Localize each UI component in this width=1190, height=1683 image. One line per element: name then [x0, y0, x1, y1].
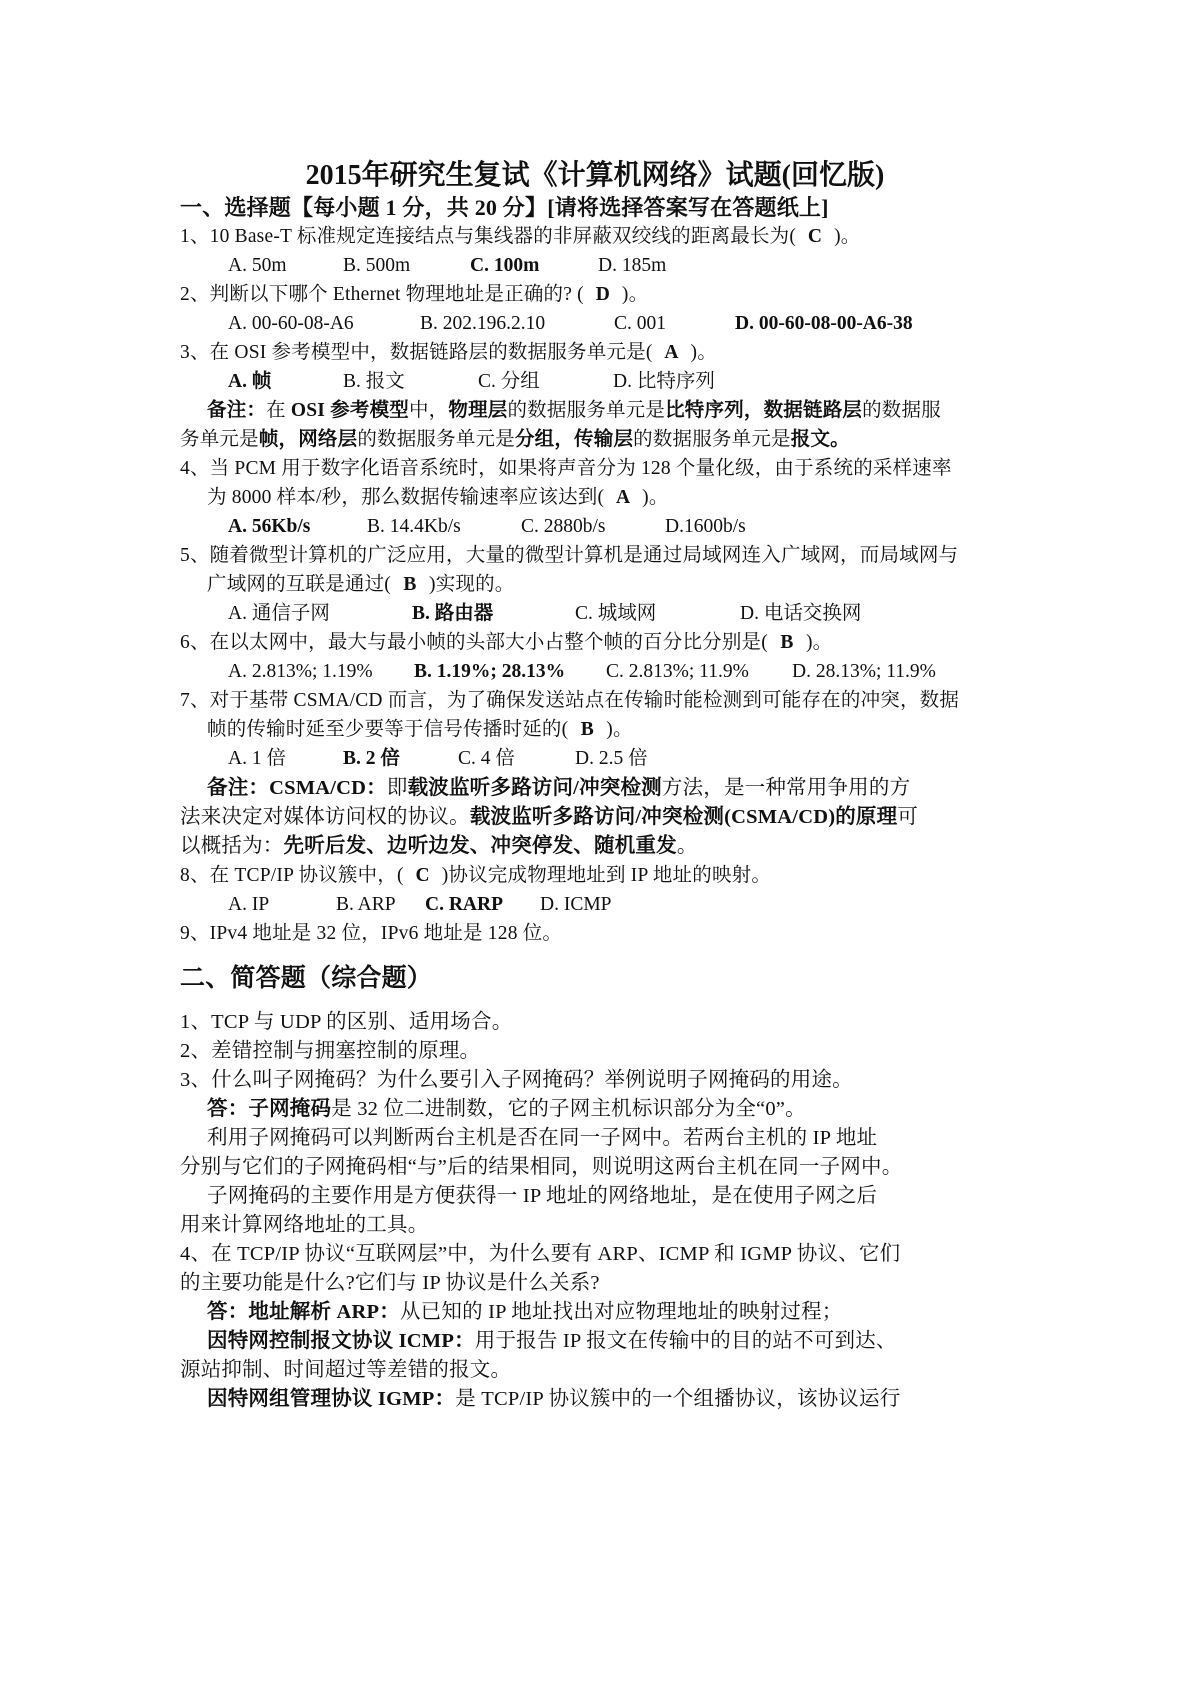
- question-7-cont: 帧的传输时延至少要等于信号传播时延的(B)。: [207, 716, 633, 744]
- option-a: A. 2.813%; 1.19%: [228, 658, 373, 686]
- answer-4-line4: 因特网组管理协议 IGMP：是 TCP/IP 协议簇中的一个组播协议，该协议运行: [207, 1385, 900, 1413]
- option-d: D. 电话交换网: [740, 600, 861, 628]
- question-3: 3、在 OSI 参考模型中，数据链路层的数据服务单元是(A)。: [180, 339, 717, 367]
- question-stem: 8、在 TCP/IP 协议簇中，(: [180, 865, 404, 886]
- note-text: 的数据服务单元是: [357, 429, 515, 450]
- note-emphasis: 先听后发、边听边发、冲突停发、随机重发: [284, 835, 677, 857]
- question-1: 1、10 Base-T 标准规定连接结点与集线器的非屏蔽双绞线的距离最长为(C)…: [180, 223, 860, 251]
- option-d: D.1600b/s: [665, 513, 746, 541]
- option-b: B. 报文: [343, 368, 405, 396]
- answer-text: 从已知的 IP 地址找出对应物理地址的映射过程；: [400, 1301, 843, 1323]
- note-text: 即: [387, 777, 408, 799]
- answer-mark: A: [653, 339, 691, 367]
- option-b: B. 202.196.2.10: [420, 310, 545, 338]
- option-a-correct: A. 56Kb/s: [228, 513, 310, 541]
- question-tail: )。: [622, 284, 648, 305]
- question-tail: )。: [834, 226, 860, 247]
- question-5-cont: 广域网的互联是通过(B)实现的。: [207, 571, 515, 599]
- answer-4-line2: 因特网控制报文协议 ICMP：用于报告 IP 报文在传输中的目的站不可到达、: [207, 1327, 897, 1355]
- answer-label: 答：地址解析 ARP：: [207, 1301, 400, 1323]
- option-a: A. 通信子网: [228, 600, 330, 628]
- note-text: 。: [677, 835, 698, 857]
- option-c: C. 4 倍: [458, 745, 515, 773]
- answer-label: 因特网控制报文协议 ICMP：: [207, 1330, 475, 1352]
- answer-mark: C: [796, 223, 834, 251]
- answer-label: 因特网组管理协议 IGMP：: [207, 1388, 455, 1410]
- note-text: 的数据服: [862, 400, 941, 421]
- note-text: 可: [897, 806, 918, 828]
- note-emphasis: 比特序列，数据链路层: [665, 400, 862, 421]
- question-stem: 为 8000 样本/秒，那么数据传输速率应该达到(: [207, 487, 604, 508]
- note-emphasis: 物理层: [448, 400, 507, 421]
- note-emphasis: 帧，网络层: [259, 429, 358, 450]
- option-a: A. 50m: [228, 252, 287, 280]
- short-question-1: 1、TCP 与 UDP 的区别、适用场合。: [180, 1008, 512, 1036]
- note-q7-line2: 法来决定对媒体访问权的协议。载波监听多路访问/冲突检测(CSMA/CD)的原理可: [180, 803, 918, 831]
- short-question-3: 3、什么叫子网掩码？为什么要引入子网掩码？举例说明子网掩码的用途。: [180, 1066, 853, 1094]
- note-emphasis: 载波监听多路访问/冲突检测(CSMA/CD)的原理: [470, 806, 898, 828]
- question-stem: 2、判断以下哪个 Ethernet 物理地址是正确的? (: [180, 284, 584, 305]
- short-question-4-cont: 的主要功能是什么?它们与 IP 协议是什么关系?: [180, 1269, 600, 1297]
- question-tail: )。: [642, 487, 668, 508]
- note-text: 法来决定对媒体访问权的协议。: [180, 806, 470, 828]
- note-q7-line1: 备注：CSMA/CD：即载波监听多路访问/冲突检测方法，是一种常用争用的方: [207, 774, 910, 802]
- option-b-correct: B. 1.19%; 28.13%: [414, 658, 565, 686]
- short-question-4: 4、在 TCP/IP 协议“互联网层”中，为什么要有 ARP、ICMP 和 IG…: [180, 1240, 900, 1268]
- option-d: D. ICMP: [540, 891, 612, 919]
- note-emphasis: 报文。: [791, 429, 850, 450]
- option-c-correct: C. RARP: [425, 891, 503, 919]
- question-tail: )协议完成物理地址到 IP 地址的映射。: [442, 865, 771, 886]
- option-c: C. 2880b/s: [521, 513, 606, 541]
- note-text: 的数据服务单元是: [633, 429, 791, 450]
- question-9: 9、IPv4 地址是 32 位，IPv6 地址是 128 位。: [180, 920, 562, 948]
- option-b: B. ARP: [336, 891, 396, 919]
- answer-mark: C: [404, 862, 442, 890]
- question-4-cont: 为 8000 样本/秒，那么数据传输速率应该达到(A)。: [207, 484, 669, 512]
- question-8: 8、在 TCP/IP 协议簇中，(C)协议完成物理地址到 IP 地址的映射。: [180, 862, 771, 890]
- page-title: 2015年研究生复试《计算机网络》试题(回忆版): [0, 158, 1190, 194]
- short-question-2: 2、差错控制与拥塞控制的原理。: [180, 1037, 480, 1065]
- option-a: A. IP: [228, 891, 269, 919]
- option-c-correct: C. 100m: [470, 252, 539, 280]
- answer-4-line1: 答：地址解析 ARP：从已知的 IP 地址找出对应物理地址的映射过程；: [207, 1298, 843, 1326]
- question-2: 2、判断以下哪个 Ethernet 物理地址是正确的? (D)。: [180, 281, 648, 309]
- question-4: 4、当 PCM 用于数字化语音系统时，如果将声音分为 128 个量化级，由于系统…: [180, 455, 952, 483]
- question-stem: 广域网的互联是通过(: [207, 574, 391, 595]
- note-label: 备注：CSMA/CD：: [207, 777, 387, 799]
- answer-mark: A: [604, 484, 642, 512]
- section-heading-short-answer: 二、简答题（综合题）: [180, 962, 432, 996]
- note-emphasis: 分组，传输层: [515, 429, 633, 450]
- note-text: 在: [266, 400, 291, 421]
- note-emphasis: OSI 参考模型: [291, 400, 409, 421]
- question-tail: )实现的。: [429, 574, 515, 595]
- question-stem: 1、10 Base-T 标准规定连接结点与集线器的非屏蔽双绞线的距离最长为(: [180, 226, 796, 247]
- note-label: 备注：: [207, 400, 266, 421]
- answer-label: 答：子网掩码: [207, 1098, 331, 1120]
- answer-3-line5: 用来计算网络地址的工具。: [180, 1211, 428, 1239]
- note-q3-line1: 备注：在 OSI 参考模型中，物理层的数据服务单元是比特序列，数据链路层的数据服: [207, 397, 941, 425]
- section-heading-choice: 一、选择题【每小题 1 分，共 20 分】[请将选择答案写在答题纸上]: [180, 194, 829, 222]
- answer-4-line3: 源站抑制、时间超过等差错的报文。: [180, 1356, 511, 1384]
- option-d: D. 2.5 倍: [575, 745, 648, 773]
- note-text: 务单元是: [180, 429, 259, 450]
- option-d-correct: D. 00-60-08-00-A6-38: [735, 310, 913, 338]
- document-page: 2015年研究生复试《计算机网络》试题(回忆版) 一、选择题【每小题 1 分，共…: [0, 0, 1190, 1683]
- answer-text: 用于报告 IP 报文在传输中的目的站不可到达、: [475, 1330, 897, 1352]
- option-d: D. 比特序列: [613, 368, 715, 396]
- question-tail: )。: [691, 342, 717, 363]
- option-c: C. 2.813%; 11.9%: [606, 658, 749, 686]
- question-tail: )。: [606, 719, 632, 740]
- option-a: A. 00-60-08-A6: [228, 310, 354, 338]
- question-stem: 3、在 OSI 参考模型中，数据链路层的数据服务单元是(: [180, 342, 653, 363]
- question-tail: )。: [806, 632, 832, 653]
- option-a: A. 1 倍: [228, 745, 286, 773]
- note-emphasis: 载波监听多路访问/冲突检测: [408, 777, 662, 799]
- question-5: 5、随着微型计算机的广泛应用，大量的微型计算机是通过局域网连入广域网，而局域网与: [180, 542, 958, 570]
- answer-text: 是 TCP/IP 协议簇中的一个组播协议，该协议运行: [455, 1388, 900, 1410]
- note-q7-line3: 以概括为：先听后发、边听边发、冲突停发、随机重发。: [180, 832, 698, 860]
- option-b-correct: B. 2 倍: [343, 745, 400, 773]
- answer-text: 是 32 位二进制数，它的子网主机标识部分为全“0”。: [331, 1098, 806, 1120]
- question-stem: 帧的传输时延至少要等于信号传播时延的(: [207, 719, 568, 740]
- answer-mark: D: [584, 281, 622, 309]
- answer-3-line3: 分别与它们的子网掩码相“与”后的结果相同，则说明这两台主机在同一子网中。: [180, 1153, 902, 1181]
- answer-3-line4: 子网掩码的主要作用是方便获得一 IP 地址的网络地址，是在使用子网之后: [207, 1182, 877, 1210]
- option-b-correct: B. 路由器: [412, 600, 493, 628]
- option-d: D. 28.13%; 11.9%: [792, 658, 936, 686]
- note-text: 以概括为：: [180, 835, 284, 857]
- note-text: 的数据服务单元是: [507, 400, 665, 421]
- answer-mark: B: [391, 571, 429, 599]
- option-c: C. 城域网: [575, 600, 656, 628]
- question-7: 7、对于基带 CSMA/CD 而言，为了确保发送站点在传输时能检测到可能存在的冲…: [180, 687, 959, 715]
- question-6: 6、在以太网中，最大与最小帧的头部大小占整个帧的百分比分别是(B)。: [180, 629, 832, 657]
- question-stem: 6、在以太网中，最大与最小帧的头部大小占整个帧的百分比分别是(: [180, 632, 768, 653]
- option-b: B. 500m: [343, 252, 410, 280]
- option-c: C. 分组: [478, 368, 540, 396]
- note-text: 方法，是一种常用争用的方: [662, 777, 910, 799]
- answer-mark: B: [768, 629, 806, 657]
- option-a-correct: A. 帧: [228, 368, 271, 396]
- answer-3-line2: 利用子网掩码可以判断两台主机是否在同一子网中。若两台主机的 IP 地址: [207, 1124, 877, 1152]
- option-d: D. 185m: [598, 252, 666, 280]
- option-c: C. 001: [614, 310, 666, 338]
- note-q3-line2: 务单元是帧，网络层的数据服务单元是分组，传输层的数据服务单元是报文。: [180, 426, 850, 454]
- answer-3-line1: 答：子网掩码是 32 位二进制数，它的子网主机标识部分为全“0”。: [207, 1095, 806, 1123]
- option-b: B. 14.4Kb/s: [367, 513, 461, 541]
- answer-mark: B: [568, 716, 606, 744]
- note-text: 中，: [409, 400, 448, 421]
